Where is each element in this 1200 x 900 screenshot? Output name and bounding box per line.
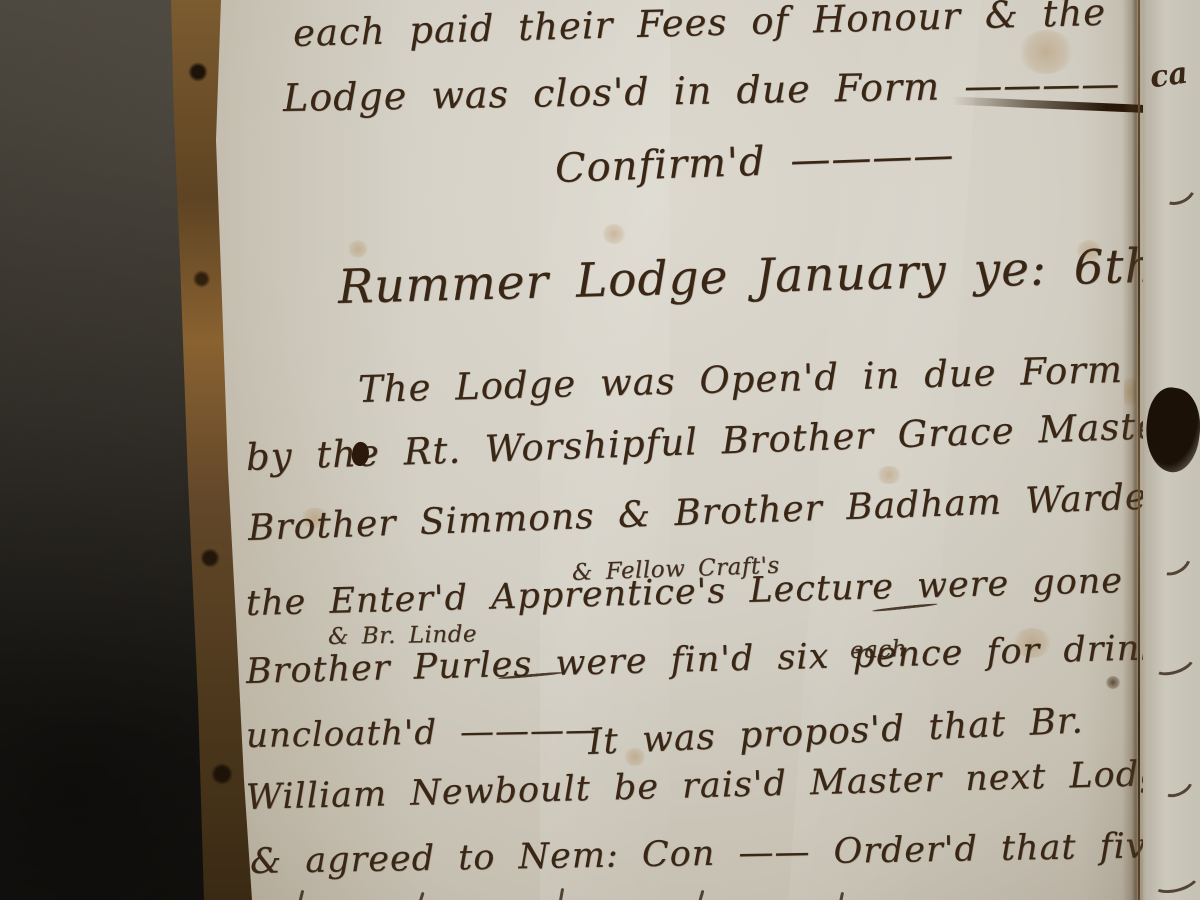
manuscript-line-13: uncloath'd ———— <box>246 710 601 756</box>
manuscript-photo: each paid their Fees of Honour & the Lod… <box>0 0 1200 900</box>
page-gutter-shadow <box>1122 0 1146 900</box>
facing-page-fragment: ca <box>1148 56 1190 96</box>
page-gutter-crease <box>1138 0 1140 900</box>
